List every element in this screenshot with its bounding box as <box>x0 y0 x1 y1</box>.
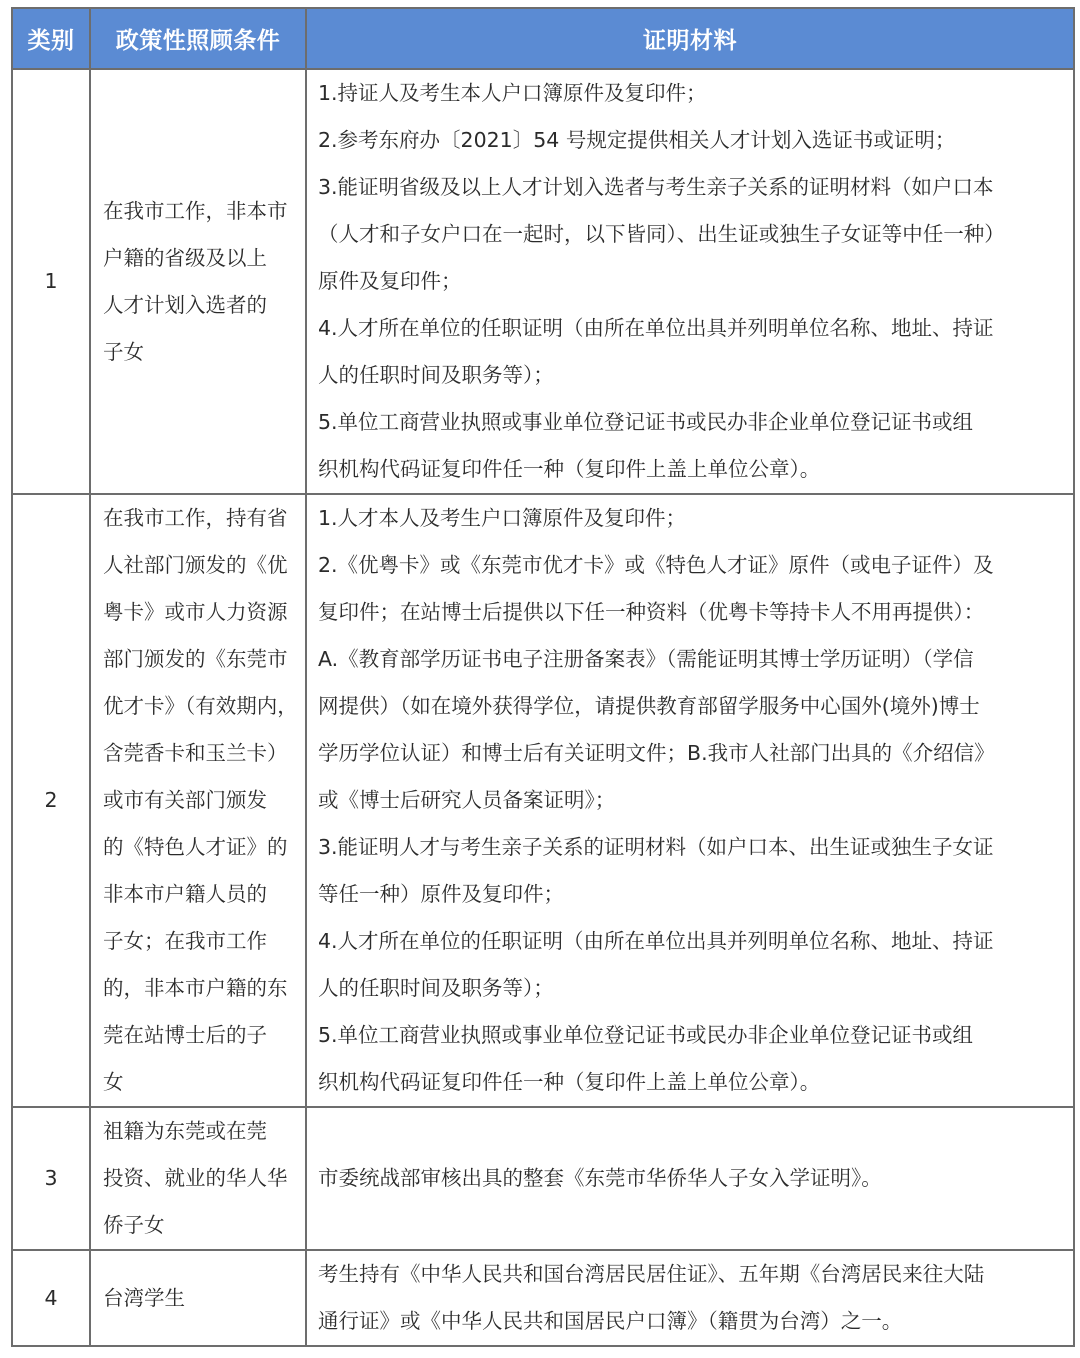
material-line: （人才和子女户口在一起时，以下皆同）、出生证或独生子女证等中任一种） <box>318 211 1063 258</box>
material-line: 学历学位认证）和博士后有关证明文件；B.我市人社部门出具的《介绍信》 <box>318 730 1063 777</box>
table-row: 1 在我市工作，非本市 户籍的省级及以上 人才计划入选者的 子女 1.持证人及考… <box>12 69 1074 494</box>
condition-cell: 台湾学生 <box>90 1250 306 1346</box>
materials-cell: 1.人才本人及考生户口簿原件及复印件； 2.《优粤卡》或《东莞市优才卡》或《特色… <box>306 494 1074 1107</box>
condition-line: 子女 <box>103 329 295 376</box>
material-line: 等任一种）原件及复印件； <box>318 871 1063 918</box>
condition-line: 祖籍为东莞或在莞 <box>103 1108 295 1155</box>
material-line: 复印件；在站博士后提供以下任一种资料（优粤卡等持卡人不用再提供）： <box>318 589 1063 636</box>
materials-cell: 市委统战部审核出具的整套《东莞市华侨华人子女入学证明》。 <box>306 1107 1074 1250</box>
header-condition: 政策性照顾条件 <box>90 8 306 69</box>
material-line: 1.人才本人及考生户口簿原件及复印件； <box>318 495 1063 542</box>
materials-cell: 1.持证人及考生本人户口簿原件及复印件； 2.参考东府办〔2021〕54 号规定… <box>306 69 1074 494</box>
condition-line: 户籍的省级及以上 <box>103 235 295 282</box>
header-materials: 证明材料 <box>306 8 1074 69</box>
table-header-row: 类别 政策性照顾条件 证明材料 <box>12 8 1074 69</box>
material-line: 织机构代码证复印件任一种（复印件上盖上单位公章）。 <box>318 1059 1063 1106</box>
category-cell: 4 <box>12 1250 90 1346</box>
condition-line: 或市有关部门颁发 <box>103 777 295 824</box>
material-line: 人的任职时间及职务等）； <box>318 965 1063 1012</box>
condition-line: 子女；在我市工作 <box>103 918 295 965</box>
condition-cell: 在我市工作，持有省 人社部门颁发的《优 粤卡》或市人力资源 部门颁发的《东莞市 … <box>90 494 306 1107</box>
material-line: 3.能证明人才与考生亲子关系的证明材料（如户口本、出生证或独生子女证 <box>318 824 1063 871</box>
condition-line: 含莞香卡和玉兰卡） <box>103 730 295 777</box>
material-line: 4.人才所在单位的任职证明（由所在单位出具并列明单位名称、地址、持证 <box>318 918 1063 965</box>
condition-line: 女 <box>103 1059 295 1106</box>
condition-line: 台湾学生 <box>103 1275 295 1322</box>
header-category: 类别 <box>12 8 90 69</box>
material-line: 3.能证明省级及以上人才计划入选者与考生亲子关系的证明材料（如户口本 <box>318 164 1063 211</box>
condition-line: 部门颁发的《东莞市 <box>103 636 295 683</box>
table-row: 4 台湾学生 考生持有《中华人民共和国台湾居民居住证》、五年期《台湾居民来往大陆… <box>12 1250 1074 1346</box>
material-line: 2.参考东府办〔2021〕54 号规定提供相关人才计划入选证书或证明； <box>318 117 1063 164</box>
condition-cell: 祖籍为东莞或在莞 投资、就业的华人华 侨子女 <box>90 1107 306 1250</box>
policy-care-table: 类别 政策性照顾条件 证明材料 1 在我市工作，非本市 户籍的省级及以上 人才计… <box>11 7 1075 1347</box>
material-line: 2.《优粤卡》或《东莞市优才卡》或《特色人才证》原件（或电子证件）及 <box>318 542 1063 589</box>
condition-line: 人社部门颁发的《优 <box>103 542 295 589</box>
material-line: 5.单位工商营业执照或事业单位登记证书或民办非企业单位登记证书或组 <box>318 1012 1063 1059</box>
category-cell: 2 <box>12 494 90 1107</box>
material-line: 织机构代码证复印件任一种（复印件上盖上单位公章）。 <box>318 446 1063 493</box>
condition-line: 侨子女 <box>103 1202 295 1249</box>
table-row: 2 在我市工作，持有省 人社部门颁发的《优 粤卡》或市人力资源 部门颁发的《东莞… <box>12 494 1074 1107</box>
material-line: 4.人才所在单位的任职证明（由所在单位出具并列明单位名称、地址、持证 <box>318 305 1063 352</box>
material-line: 1.持证人及考生本人户口簿原件及复印件； <box>318 70 1063 117</box>
material-line: 原件及复印件； <box>318 258 1063 305</box>
condition-cell: 在我市工作，非本市 户籍的省级及以上 人才计划入选者的 子女 <box>90 69 306 494</box>
condition-line: 粤卡》或市人力资源 <box>103 589 295 636</box>
material-line: 市委统战部审核出具的整套《东莞市华侨华人子女入学证明》。 <box>318 1155 1063 1202</box>
material-line: 或《博士后研究人员备案证明》； <box>318 777 1063 824</box>
category-cell: 3 <box>12 1107 90 1250</box>
material-line: 5.单位工商营业执照或事业单位登记证书或民办非企业单位登记证书或组 <box>318 399 1063 446</box>
material-line: 通行证》或《中华人民共和国居民户口簿》（籍贯为台湾）之一。 <box>318 1298 1063 1345</box>
condition-line: 优才卡》（有效期内， <box>103 683 295 730</box>
condition-line: 在我市工作，非本市 <box>103 188 295 235</box>
materials-cell: 考生持有《中华人民共和国台湾居民居住证》、五年期《台湾居民来往大陆 通行证》或《… <box>306 1250 1074 1346</box>
category-cell: 1 <box>12 69 90 494</box>
material-line: 网提供）（如在境外获得学位，请提供教育部留学服务中心国外(境外)博士 <box>318 683 1063 730</box>
table-row: 3 祖籍为东莞或在莞 投资、就业的华人华 侨子女 市委统战部审核出具的整套《东莞… <box>12 1107 1074 1250</box>
condition-line: 非本市户籍人员的 <box>103 871 295 918</box>
condition-line: 莞在站博士后的子 <box>103 1012 295 1059</box>
condition-line: 投资、就业的华人华 <box>103 1155 295 1202</box>
material-line: 人的任职时间及职务等）； <box>318 352 1063 399</box>
material-line: 考生持有《中华人民共和国台湾居民居住证》、五年期《台湾居民来往大陆 <box>318 1251 1063 1298</box>
condition-line: 在我市工作，持有省 <box>103 495 295 542</box>
condition-line: 的《特色人才证》的 <box>103 824 295 871</box>
condition-line: 的，非本市户籍的东 <box>103 965 295 1012</box>
material-line: A.《教育部学历证书电子注册备案表》（需能证明其博士学历证明）（学信 <box>318 636 1063 683</box>
condition-line: 人才计划入选者的 <box>103 282 295 329</box>
